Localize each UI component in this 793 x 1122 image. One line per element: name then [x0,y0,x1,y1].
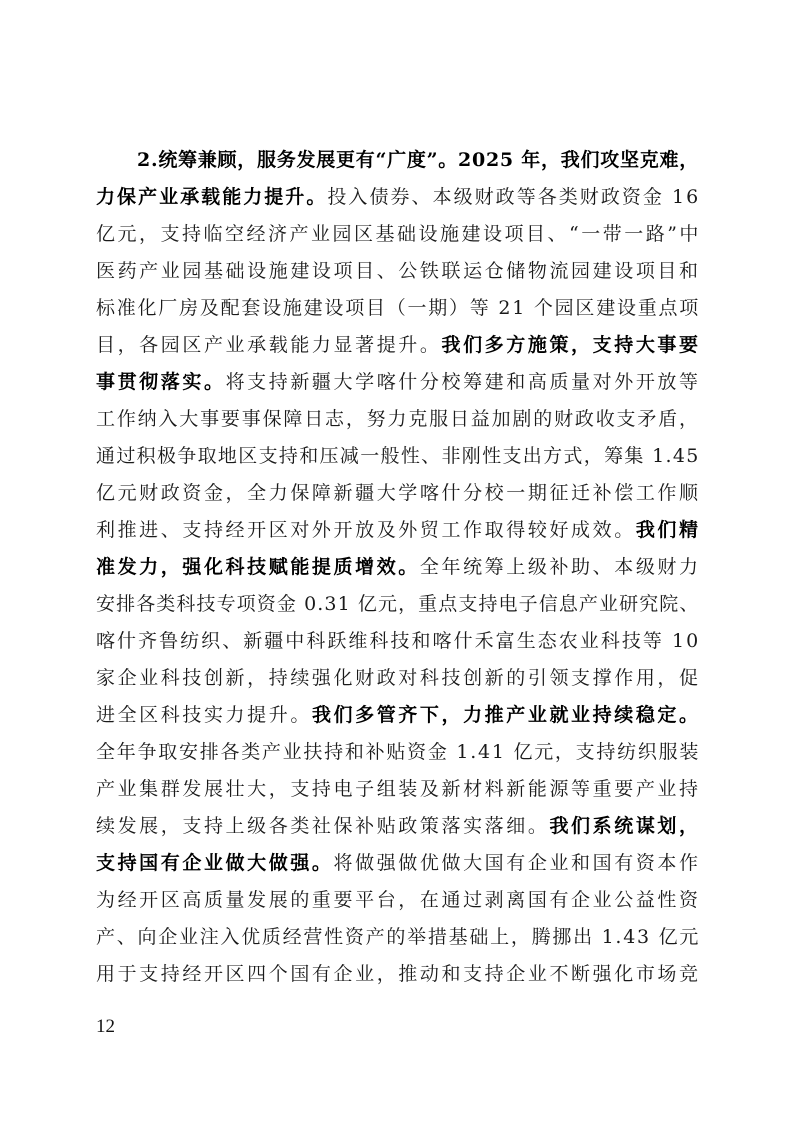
text-line-content: 2.统筹兼顾，服务发展更有“广度”。2025 年，我们攻坚克难， [137,142,699,179]
body-text-segment: 进全区科技实力提升。 [96,704,312,726]
bold-emphasis-text: 2.统筹兼顾，服务发展更有“广度”。2025 年，我们攻坚克难， [137,149,699,171]
text-line-content: 产业集群发展壮大，支持电子组装及新材料新能源等重要产业持 [96,771,701,808]
text-line: 目，各园区产业承载能力显著提升。我们多方施策，支持大事要 [96,327,698,364]
text-line: 用于支持经开区四个国有企业，推动和支持企业不断强化市场竞 [96,956,698,993]
body-text-segment: 全年统筹上级补助、本级财力 [420,556,701,578]
body-text-segment: 续发展，支持上级各类社保补贴政策落实落细。 [96,815,549,837]
text-line-content: 全年争取安排各类产业扶持和补贴资金 1.41 亿元，支持纺织服装 [96,734,700,771]
text-line-content: 利推进、支持经开区对外开放及外贸工作取得较好成效。我们精 [96,512,701,549]
text-line: 医药产业园基础设施建设项目、公铁联运仓储物流园建设项目和 [96,253,698,290]
text-line: 事贯彻落实。将支持新疆大学喀什分校筹建和高质量对外开放等 [96,364,698,401]
body-text-segment: 利推进、支持经开区对外开放及外贸工作取得较好成效。 [96,519,636,541]
page-number: 12 [96,1015,115,1039]
bold-emphasis-text: 我们多管齐下，力推产业就业持续稳定。 [312,704,701,726]
text-line: 支持国有企业做大做强。将做强做优做大国有企业和国有资本作 [96,845,698,882]
bold-emphasis-text: 我们系统谋划， [549,815,700,837]
body-text-segment: 为经开区高质量发展的重要平台，在通过剥离国有企业公益性资 [96,889,701,911]
text-line: 2.统筹兼顾，服务发展更有“广度”。2025 年，我们攻坚克难， [96,142,698,179]
text-line-content: 安排各类科技专项资金 0.31 亿元，重点支持电子信息产业研究院、 [96,586,699,623]
bold-emphasis-text: 力保产业承载能力提升。 [96,186,327,208]
text-line: 通过积极争取地区支持和压减一般性、非刚性支出方式，筹集 1.45 [96,438,698,475]
text-line-content: 产、向企业注入优质经营性资产的举措基础上，腾挪出 1.43 亿元 [96,919,700,956]
text-line: 亿元财政资金，全力保障新疆大学喀什分校一期征迁补偿工作顺 [96,475,698,512]
text-line-content: 亿元财政资金，全力保障新疆大学喀什分校一期征迁补偿工作顺 [96,475,701,512]
text-line: 家企业科技创新，持续强化财政对科技创新的引领支撑作用，促 [96,660,698,697]
body-text-segment: 喀什齐鲁纺织、新疆中科跃维科技和喀什禾富生态农业科技等 10 [96,630,700,652]
text-line-content: 工作纳入大事要事保障日志，努力克服日益加剧的财政收支矛盾， [96,401,700,438]
text-line-content: 支持国有企业做大做强。将做强做优做大国有企业和国有资本作 [96,845,701,882]
text-line-content: 续发展，支持上级各类社保补贴政策落实落细。我们系统谋划， [96,808,701,845]
text-line: 续发展，支持上级各类社保补贴政策落实落细。我们系统谋划， [96,808,698,845]
bold-emphasis-text: 支持国有企业做大做强。 [96,852,334,874]
document-page: 2.统筹兼顾，服务发展更有“广度”。2025 年，我们攻坚克难，力保产业承载能力… [0,0,793,1122]
body-text-segment: 通过积极争取地区支持和压减一般性、非刚性支出方式，筹集 1.45 [96,445,700,467]
text-line-content: 为经开区高质量发展的重要平台，在通过剥离国有企业公益性资 [96,882,701,919]
text-line-content: 标准化厂房及配套设施建设项目（一期）等 21 个园区建设重点项 [96,290,700,327]
text-line-content: 喀什齐鲁纺织、新疆中科跃维科技和喀什禾富生态农业科技等 10 [96,623,700,660]
text-line-content: 事贯彻落实。将支持新疆大学喀什分校筹建和高质量对外开放等 [96,364,701,401]
text-line: 产、向企业注入优质经营性资产的举措基础上，腾挪出 1.43 亿元 [96,919,698,956]
text-line-content: 进全区科技实力提升。我们多管齐下，力推产业就业持续稳定。 [96,697,701,734]
bold-emphasis-text: 我们精 [636,519,701,541]
text-line: 利推进、支持经开区对外开放及外贸工作取得较好成效。我们精 [96,512,698,549]
body-text-segment: 全年争取安排各类产业扶持和补贴资金 1.41 亿元，支持纺织服装 [96,741,700,763]
body-text-segment: 产、向企业注入优质经营性资产的举措基础上，腾挪出 1.43 亿元 [96,926,700,948]
body-text-segment: 亿元，支持临空经济产业园区基础设施建设项目、“一带一路”中 [96,223,701,245]
text-line: 产业集群发展壮大，支持电子组装及新材料新能源等重要产业持 [96,771,698,808]
text-line-content: 通过积极争取地区支持和压减一般性、非刚性支出方式，筹集 1.45 [96,438,700,475]
text-line: 标准化厂房及配套设施建设项目（一期）等 21 个园区建设重点项 [96,290,698,327]
text-line-content: 用于支持经开区四个国有企业，推动和支持企业不断强化市场竞 [96,956,701,993]
text-line: 准发力，强化科技赋能提质增效。全年统筹上级补助、本级财力 [96,549,698,586]
text-line: 工作纳入大事要事保障日志，努力克服日益加剧的财政收支矛盾， [96,401,698,438]
body-text-segment: 家企业科技创新，持续强化财政对科技创新的引领支撑作用，促 [96,667,701,689]
text-line: 全年争取安排各类产业扶持和补贴资金 1.41 亿元，支持纺织服装 [96,734,698,771]
body-text-segment: 目，各园区产业承载能力显著提升。 [96,334,441,356]
body-paragraph: 2.统筹兼顾，服务发展更有“广度”。2025 年，我们攻坚克难，力保产业承载能力… [96,142,698,993]
text-line-content: 力保产业承载能力提升。投入债券、本级财政等各类财政资金 16 [96,179,700,216]
body-text-segment: 医药产业园基础设施建设项目、公铁联运仓储物流园建设项目和 [96,260,701,282]
text-line: 进全区科技实力提升。我们多管齐下，力推产业就业持续稳定。 [96,697,698,734]
bold-emphasis-text: 我们多方施策，支持大事要 [441,334,700,356]
body-text-segment: 产业集群发展壮大，支持电子组装及新材料新能源等重要产业持 [96,778,701,800]
text-line: 力保产业承载能力提升。投入债券、本级财政等各类财政资金 16 [96,179,698,216]
body-text-segment: 将支持新疆大学喀什分校筹建和高质量对外开放等 [226,371,701,393]
text-line-content: 医药产业园基础设施建设项目、公铁联运仓储物流园建设项目和 [96,253,701,290]
body-text-segment: 投入债券、本级财政等各类财政资金 16 [327,186,700,208]
text-line: 亿元，支持临空经济产业园区基础设施建设项目、“一带一路”中 [96,216,698,253]
text-line-content: 准发力，强化科技赋能提质增效。全年统筹上级补助、本级财力 [96,549,701,586]
bold-emphasis-text: 准发力，强化科技赋能提质增效。 [96,556,420,578]
text-line-content: 目，各园区产业承载能力显著提升。我们多方施策，支持大事要 [96,327,701,364]
body-text-segment: 用于支持经开区四个国有企业，推动和支持企业不断强化市场竞 [96,963,701,985]
text-line: 喀什齐鲁纺织、新疆中科跃维科技和喀什禾富生态农业科技等 10 [96,623,698,660]
text-line-content: 亿元，支持临空经济产业园区基础设施建设项目、“一带一路”中 [96,216,701,253]
bold-emphasis-text: 事贯彻落实。 [96,371,226,393]
body-text-segment: 亿元财政资金，全力保障新疆大学喀什分校一期征迁补偿工作顺 [96,482,701,504]
body-text-segment: 工作纳入大事要事保障日志，努力克服日益加剧的财政收支矛盾， [96,408,700,430]
text-line: 为经开区高质量发展的重要平台，在通过剥离国有企业公益性资 [96,882,698,919]
body-text-segment: 安排各类科技专项资金 0.31 亿元，重点支持电子信息产业研究院、 [96,593,699,615]
body-text-segment: 将做强做优做大国有企业和国有资本作 [334,852,701,874]
text-line: 安排各类科技专项资金 0.31 亿元，重点支持电子信息产业研究院、 [96,586,698,623]
body-text-segment: 标准化厂房及配套设施建设项目（一期）等 21 个园区建设重点项 [96,297,700,319]
text-line-content: 家企业科技创新，持续强化财政对科技创新的引领支撑作用，促 [96,660,701,697]
